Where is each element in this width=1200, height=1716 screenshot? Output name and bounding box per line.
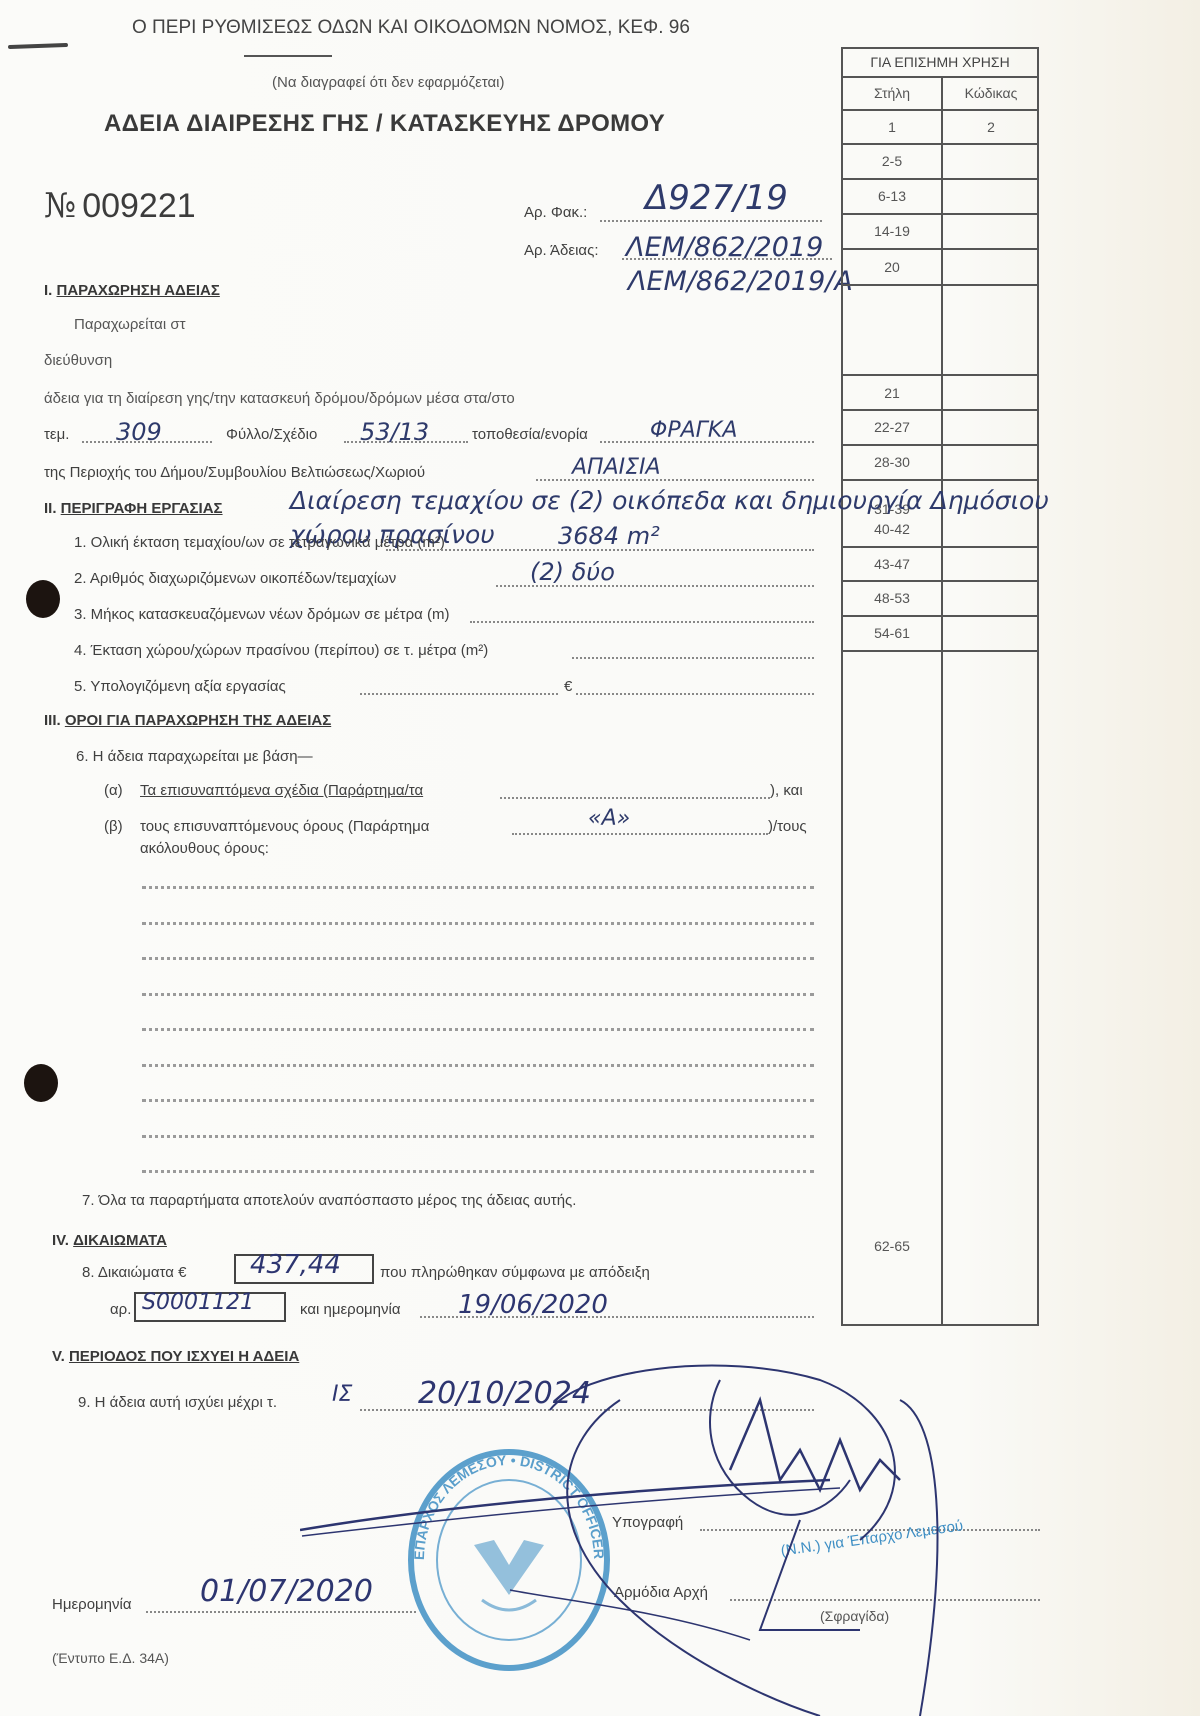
work-item-label: 4. Έκταση χώρου/χώρων πρασίνου (περίπου)…	[74, 642, 488, 659]
permit-for-label: άδεια για τη διαίρεση γης/την κατασκευή …	[44, 390, 515, 407]
official-use-column-cell: 1	[843, 111, 941, 143]
official-use-row: 14-19	[843, 215, 1037, 250]
item6b-suffix: )/τους	[768, 818, 807, 835]
official-use-column-cell: 22-27	[843, 411, 941, 444]
file-no-line	[600, 220, 822, 222]
item6a-prefix: (α)	[104, 782, 123, 799]
official-use-column-cell: 20	[843, 250, 941, 284]
column-header-stili: Στήλη	[843, 78, 941, 109]
official-use-row: 43-47	[843, 548, 1037, 582]
locality-value: ΦΡΑΓΚΑ	[650, 418, 737, 443]
section2-heading: II. ΠΕΡΙΓΡΑΦΗ ΕΡΓΑΣΙΑΣ	[44, 500, 223, 517]
issue-date-label: Ημερομηνία	[52, 1596, 132, 1613]
official-use-column-cell: 54-61	[843, 617, 941, 650]
official-use-row: 2-5	[843, 145, 1037, 180]
official-use-row: 20	[843, 250, 1037, 286]
item6b-value: «Α»	[588, 806, 630, 831]
law-title: Ο ΠΕΡΙ ΡΥΘΜΙΣΕΩΣ ΟΔΩΝ ΚΑΙ ΟΙΚΟΔΟΜΩΝ ΝΟΜΟ…	[132, 17, 690, 39]
section3-heading: III. ΟΡΟΙ ΓΙΑ ΠΑΡΑΧΩΡΗΣΗ ΤΗΣ ΑΔΕΙΑΣ	[44, 712, 331, 729]
date-paid-label: και ημερομηνία	[300, 1301, 401, 1318]
granted-to-label: Παραχωρείται στ	[74, 316, 186, 333]
official-use-column-cell: 14-19	[843, 215, 941, 248]
official-use-row: 54-61	[843, 617, 1037, 652]
item6b-prefix: (β)	[104, 818, 123, 835]
official-use-table: ΓΙΑ ΕΠΙΣΗΜΗ ΧΡΗΣΗ ΣτήληΚώδικας122-56-131…	[841, 47, 1039, 1326]
work-item-value: 3684 m²	[558, 522, 660, 550]
item6b-line	[512, 833, 768, 835]
work-item-label: 3. Μήκος κατασκευαζόμενων νέων δρόμων σε…	[74, 606, 449, 623]
item6b-line2: ακόλουθους όρους:	[140, 840, 269, 857]
item6a-line	[500, 797, 770, 799]
section1-heading: I. ΠΑΡΑΧΩΡΗΣΗ ΑΔΕΙΑΣ	[44, 282, 220, 299]
work-item-label: 2. Αριθμός διαχωριζόμενων οικοπέδων/τεμα…	[74, 570, 396, 587]
serial-number-block: №009221	[44, 186, 196, 226]
official-use-row: 12	[843, 111, 1037, 145]
official-use-row	[843, 286, 1037, 376]
margin-dash-mark	[8, 43, 68, 49]
official-use-column-cell: 62-65	[843, 1230, 941, 1262]
condition-line[interactable]	[142, 1099, 814, 1102]
official-use-column-cell: 28-30	[843, 446, 941, 479]
form-code: (Έντυπο Ε.Δ. 34Α)	[52, 1650, 169, 1666]
punch-hole-bottom	[24, 1064, 58, 1102]
permit-no-value-2: ΛΕΜ/862/2019/Α	[628, 266, 853, 297]
signature-scribble-icon	[300, 1340, 1060, 1716]
section4-heading: IV. ΔΙΚΑΙΩΜΑΤΑ	[52, 1232, 167, 1249]
official-use-column-cell: 21	[843, 377, 941, 409]
condition-line[interactable]	[142, 957, 814, 960]
condition-line[interactable]	[142, 886, 814, 889]
permit-no-value: ΛΕΜ/862/2019	[626, 232, 823, 263]
form-title: ΑΔΕΙΑ ΔΙΑΙΡΕΣΗΣ ΓΗΣ / ΚΑΤΑΣΚΕΥΗΣ ΔΡΟΜΟΥ	[104, 110, 665, 138]
title-divider	[244, 55, 332, 57]
official-use-row: 62-65	[843, 652, 1037, 1264]
file-no-value: Δ927/19	[645, 178, 788, 218]
serial-prefix: №	[44, 186, 76, 226]
locality-label: τοποθεσία/ενορία	[472, 426, 588, 443]
work-item-line	[360, 693, 814, 695]
official-use-column-cell: 48-53	[843, 582, 941, 615]
date-paid-value: 19/06/2020	[458, 1290, 608, 1320]
official-use-row: 6-13	[843, 180, 1037, 215]
official-use-title: ΓΙΑ ΕΠΙΣΗΜΗ ΧΡΗΣΗ	[843, 49, 1037, 78]
sheet-value: 53/13	[360, 418, 429, 446]
official-use-column-cell: 2-5	[843, 145, 941, 178]
condition-line[interactable]	[142, 993, 814, 996]
condition-line[interactable]	[142, 922, 814, 925]
area-value: ΑΠΑΙΣΙΑ	[572, 455, 661, 480]
work-item-line	[572, 657, 814, 659]
official-use-column-cell: 43-47	[843, 548, 941, 580]
condition-line[interactable]	[142, 1028, 814, 1031]
item7-label: 7. Όλα τα παραρτήματα αποτελούν αναπόσπα…	[82, 1192, 576, 1209]
area-label: της Περιοχής του Δήμου/Συμβουλίου Βελτιώ…	[44, 464, 425, 481]
fees-value: 437,44	[250, 1250, 341, 1280]
item6a-suffix: ), και	[770, 782, 803, 799]
plot-value: 309	[116, 418, 162, 446]
file-no-label: Αρ. Φακ.:	[524, 204, 587, 221]
condition-line[interactable]	[142, 1170, 814, 1173]
work-item-value: (2) δύο	[530, 558, 615, 586]
receipt-label: αρ.	[110, 1301, 131, 1318]
permit-no-label: Αρ. Άδειας:	[524, 242, 599, 259]
work-item-line	[470, 621, 814, 623]
item6b-label: τους επισυναπτόμενους όρους (Παράρτημα	[140, 818, 429, 835]
official-use-row: 21	[843, 376, 1037, 411]
document-page: Ο ΠΕΡΙ ΡΥΘΜΙΣΕΩΣ ΟΔΩΝ ΚΑΙ ΟΙΚΟΔΟΜΩΝ ΝΟΜΟ…	[0, 0, 1200, 1716]
official-use-row: 28-30	[843, 446, 1037, 481]
official-use-column-headers: ΣτήληΚώδικας	[843, 78, 1037, 111]
official-use-row: 48-53	[843, 582, 1037, 617]
currency-symbol: €	[560, 678, 576, 695]
sheet-label: Φύλλο/Σχέδιο	[226, 426, 317, 443]
official-use-code-cell[interactable]: 2	[943, 111, 1039, 143]
column-header-kodikas: Κώδικας	[943, 78, 1039, 109]
official-use-row: 22-27	[843, 411, 1037, 446]
section5-heading: V. ΠΕΡΙΟΔΟΣ ΠΟΥ ΙΣΧΥΕΙ Η ΑΔΕΙΑ	[52, 1348, 299, 1365]
fees-label: 8. Δικαιώματα €	[82, 1264, 186, 1281]
condition-line[interactable]	[142, 1064, 814, 1067]
condition-line[interactable]	[142, 1135, 814, 1138]
official-use-column-cell: 6-13	[843, 180, 941, 213]
item6-label: 6. Η άδεια παραχωρείται με βάση—	[76, 748, 313, 765]
work-item-label: 5. Υπολογιζόμενη αξία εργασίας	[74, 678, 286, 695]
item6a-label: Τα επισυναπτόμενα σχέδια (Παράρτημα/τα	[140, 782, 423, 799]
receipt-value: S0001121	[142, 1290, 254, 1315]
strike-note: (Να διαγραφεί ότι δεν εφαρμόζεται)	[272, 74, 505, 91]
address-label: διεύθυνση	[44, 352, 112, 369]
plot-label: τεμ.	[44, 426, 69, 443]
serial-number: 009221	[82, 187, 195, 225]
paid-label: που πληρώθηκαν σύμφωνα με απόδειξη	[380, 1264, 650, 1281]
valid-until-label: 9. Η άδεια αυτή ισχύει μέχρι τ.	[78, 1394, 277, 1411]
punch-hole-top	[26, 580, 60, 618]
